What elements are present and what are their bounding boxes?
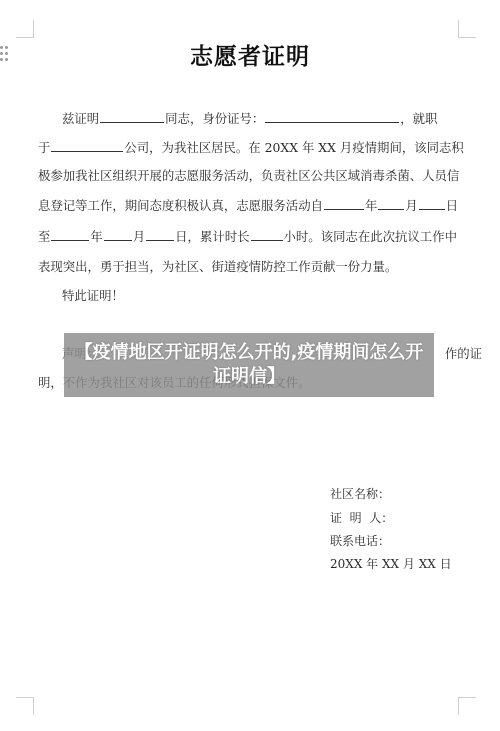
text: 至 xyxy=(38,229,50,244)
text: 兹证明 xyxy=(62,111,99,126)
start-month-blank-field[interactable] xyxy=(378,197,404,210)
name-blank-field[interactable] xyxy=(100,110,164,123)
text: 年 xyxy=(90,229,102,244)
page-corner-mark-bottom-right xyxy=(458,697,476,715)
id-number-blank-field[interactable] xyxy=(265,110,399,123)
end-year-blank-field[interactable] xyxy=(51,228,89,241)
start-year-blank-field[interactable] xyxy=(324,197,364,210)
text: 同志，身份证号： xyxy=(165,111,264,126)
text: 年 xyxy=(365,198,377,213)
document-page: 志愿者证明 兹证明同志，身份证号：，就职 于公司，为我社区居民。在 20XX 年… xyxy=(0,0,500,731)
text: 公司，为我社区居民。在 20XX 年 XX 月疫情期间，该同志积 xyxy=(124,140,463,155)
text: 日，累计时长 xyxy=(175,229,249,244)
end-month-blank-field[interactable] xyxy=(104,228,132,241)
phone-label: 联系电话： xyxy=(330,532,390,550)
company-blank-field[interactable] xyxy=(51,139,123,152)
certifier-label: 证 明 人： xyxy=(330,509,393,527)
text: 日 xyxy=(446,198,458,213)
body-line-4: 息登记等工作，期间态度积极认真，志愿服务活动自年月日 xyxy=(38,197,458,215)
text: 作的证 xyxy=(445,345,482,363)
page-corner-mark-bottom-left xyxy=(16,697,34,715)
body-line-3: 极参加我社区组织开展的志愿服务活动，负责社区公共区域消毒杀菌、人员信 xyxy=(38,167,458,185)
caption-text: 【疫情地区开证明怎么开的,疫情期间怎么开证明信】 xyxy=(74,341,424,389)
text: 于 xyxy=(38,140,50,155)
end-day-blank-field[interactable] xyxy=(146,228,174,241)
text: 月 xyxy=(133,229,145,244)
body-line-1: 兹证明同志，身份证号：，就职 xyxy=(38,110,482,128)
signature-date: 20XX 年 XX 月 XX 日 xyxy=(330,555,452,573)
document-title: 志愿者证明 xyxy=(0,38,500,71)
caption-overlay: 【疫情地区开证明怎么开的,疫情期间怎么开证明信】 xyxy=(64,333,434,397)
page-corner-mark-top-left xyxy=(16,20,34,38)
text: ，就职 xyxy=(400,111,437,126)
text: 月 xyxy=(405,198,417,213)
body-line-2: 于公司，为我社区居民。在 20XX 年 XX 月疫情期间，该同志积 xyxy=(38,139,458,157)
hours-blank-field[interactable] xyxy=(251,228,283,241)
body-line-5: 至年月日，累计时长小时。该同志在此次抗议工作中 xyxy=(38,228,458,246)
closing-text: 特此证明！ xyxy=(38,287,482,305)
body-line-6: 表现突出，勇于担当，为社区、街道疫情防控工作贡献一份力量。 xyxy=(38,258,458,276)
community-name-label: 社区名称： xyxy=(330,485,390,503)
start-day-blank-field[interactable] xyxy=(419,197,445,210)
page-corner-mark-top-right xyxy=(458,20,476,38)
text: 息登记等工作，期间态度积极认真，志愿服务活动自 xyxy=(38,198,323,213)
text: 小时。该同志在此次抗议工作中 xyxy=(284,229,457,244)
